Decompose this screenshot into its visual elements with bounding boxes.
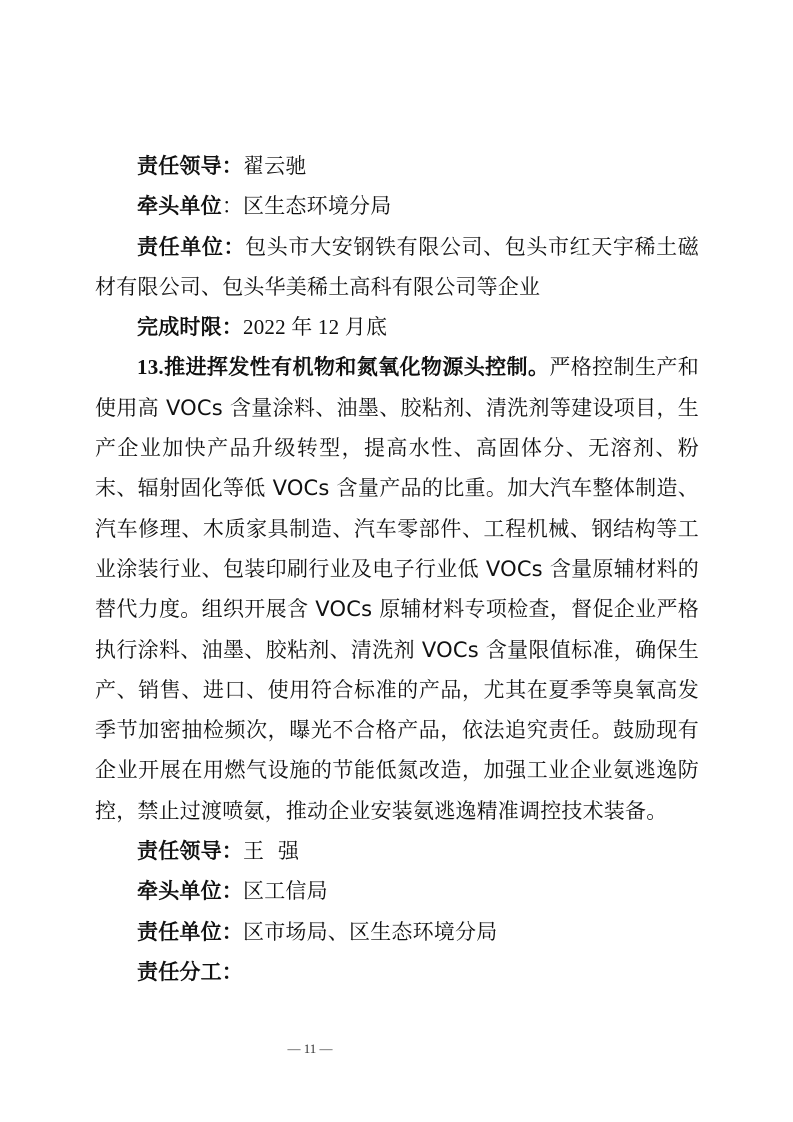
responsible-leader-value-2: 王 强: [243, 839, 299, 863]
responsible-unit-label: 责任单位：: [137, 235, 245, 259]
responsible-leader-label: 责任领导：: [137, 154, 243, 178]
responsible-unit-label-2: 责任单位：: [137, 920, 243, 944]
responsible-leader-label-2: 责任领导：: [137, 839, 243, 863]
responsible-leader-line-2: 责任领导：王 强: [95, 831, 699, 871]
deadline-label: 完成时限：: [137, 315, 243, 339]
responsible-unit-line: 责任单位：包头市大安钢铁有限公司、包头市红天宇稀土磁材有限公司、包头华美稀土高科…: [95, 227, 699, 308]
deadline-line: 完成时限：2022 年 12 月底: [95, 307, 699, 347]
lead-unit-label: 牵头单位: [137, 194, 222, 218]
responsible-leader-value: 翟云驰: [243, 154, 307, 178]
division-label: 责任分工：: [137, 960, 243, 984]
division-line: 责任分工：: [95, 952, 699, 992]
responsible-leader-line: 责任领导：翟云驰: [95, 146, 699, 186]
lead-unit-value: 区生态环境分局: [243, 194, 391, 218]
item-13-title: 推进挥发性有机物和氮氧化物源头控制。: [164, 355, 550, 379]
lead-unit-label-2: 牵头单位：: [137, 879, 243, 903]
deadline-value: 2022 年 12 月底: [243, 315, 387, 339]
page-number: — 11 —: [0, 1041, 620, 1057]
item-13-number: 13.: [137, 355, 164, 379]
lead-unit-line: 牵头单位：区生态环境分局: [95, 186, 699, 226]
lead-unit-separator: ：: [222, 194, 243, 218]
responsible-unit-line-2: 责任单位：区市场局、区生态环境分局: [95, 912, 699, 952]
item-13-paragraph: 13.推进挥发性有机物和氮氧化物源头控制。严格控制生产和使用高 VOCs 含量涂…: [95, 347, 699, 831]
lead-unit-value-2: 区工信局: [243, 879, 328, 903]
responsible-unit-value-2: 区市场局、区生态环境分局: [243, 920, 497, 944]
item-13-body: 严格控制生产和使用高 VOCs 含量涂料、油墨、胶粘剂、清洗剂等建设项目，生产企…: [95, 355, 699, 822]
lead-unit-line-2: 牵头单位：区工信局: [95, 871, 699, 911]
document-body: 责任领导：翟云驰 牵头单位：区生态环境分局 责任单位：包头市大安钢铁有限公司、包…: [95, 146, 699, 992]
